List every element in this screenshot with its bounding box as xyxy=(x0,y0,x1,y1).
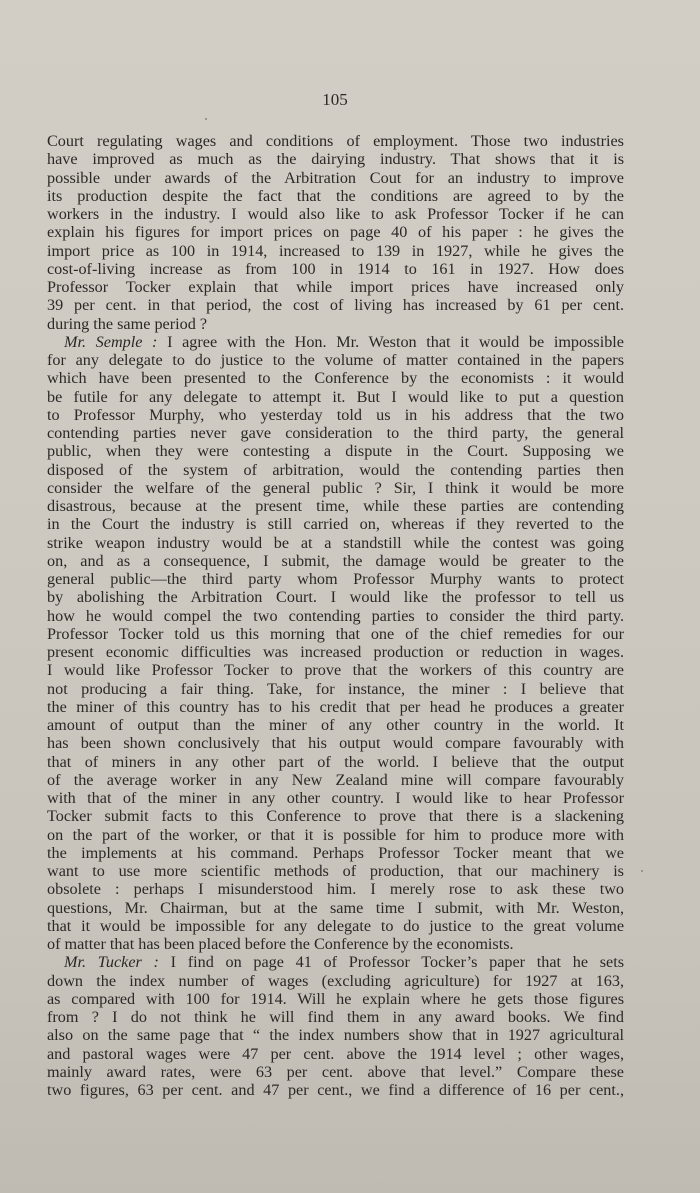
line-text: explain his figures for import prices on… xyxy=(47,223,624,241)
text-line: public, when they were contesting a disp… xyxy=(47,442,624,460)
text-line: Mr. Tucker : I find on page 41 of Profes… xyxy=(47,953,624,971)
text-line: questions, Mr. Chairman, but at the same… xyxy=(47,899,624,917)
line-text: has been shown conclusively that his out… xyxy=(47,734,624,752)
text-line: that it would be impossible for any dele… xyxy=(47,917,624,935)
text-line: contending parties never gave considerat… xyxy=(47,424,624,442)
text-line: the miner of this country has to his cre… xyxy=(47,698,624,716)
text-line: and pastoral wages were 47 per cent. abo… xyxy=(47,1045,624,1063)
line-text: I find on page 41 of Professor Tocker’s … xyxy=(159,953,624,971)
line-text: its production despite the fact that the… xyxy=(47,187,624,205)
text-line: disposed of the system of arbitration, w… xyxy=(47,461,624,479)
text-line: strike weapon industry would be at a sta… xyxy=(47,534,624,552)
text-line: Tocker submit facts to this Conference t… xyxy=(47,807,624,825)
line-text: disposed of the system of arbitration, w… xyxy=(47,461,624,479)
line-text: with that of the miner in any other coun… xyxy=(47,789,624,807)
line-text: have improved as much as the dairying in… xyxy=(47,150,624,168)
line-text: disastrous, because at the present time,… xyxy=(47,497,624,515)
line-text: and pastoral wages were 47 per cent. abo… xyxy=(47,1045,624,1063)
scanned-page: 105 Court regulating wages and condition… xyxy=(0,0,700,1193)
text-line: as compared with 100 for 1914. Will he e… xyxy=(47,990,624,1008)
line-text: the miner of this country has to his cre… xyxy=(47,698,624,716)
text-line: general public—the third party whom Prof… xyxy=(47,570,624,588)
line-text: for any delegate to do justice to the vo… xyxy=(47,351,624,369)
text-line: to Professor Murphy, who yesterday told … xyxy=(47,406,624,424)
line-text: to Professor Murphy, who yesterday told … xyxy=(47,406,624,424)
line-text: possible under awards of the Arbitration… xyxy=(47,169,624,187)
line-text: on the part of the worker, or that it is… xyxy=(47,826,624,844)
line-text: which have been presented to the Confere… xyxy=(47,369,624,387)
text-line: mainly award rates, were 63 per cent. ab… xyxy=(47,1063,624,1081)
line-text: that it would be impossible for any dele… xyxy=(47,917,624,935)
text-line: present economic difficulties was increa… xyxy=(47,643,624,661)
text-line: disastrous, because at the present time,… xyxy=(47,497,624,515)
line-text: be futile for any delegate to attempt it… xyxy=(47,388,624,406)
line-text: from ? I do not think he will find them … xyxy=(47,1008,624,1026)
scan-speck xyxy=(641,870,643,872)
text-line: from ? I do not think he will find them … xyxy=(47,1008,624,1026)
line-text: want to use more scientific methods of p… xyxy=(47,862,624,880)
text-line: Professor Tocker told us this morning th… xyxy=(47,625,624,643)
line-text: by abolishing the Arbitration Court. I w… xyxy=(47,588,624,606)
text-line: Mr. Semple : I agree with the Hon. Mr. W… xyxy=(47,333,624,351)
line-text: down the index number of wages (excludin… xyxy=(47,972,624,990)
line-text: workers in the industry. I would also li… xyxy=(47,205,624,223)
text-line: how he would compel the two contending p… xyxy=(47,607,624,625)
text-line: workers in the industry. I would also li… xyxy=(47,205,624,223)
text-line: its production despite the fact that the… xyxy=(47,187,624,205)
line-text: questions, Mr. Chairman, but at the same… xyxy=(47,899,624,917)
text-line: I would like Professor Tocker to prove t… xyxy=(47,661,624,679)
text-line: for any delegate to do justice to the vo… xyxy=(47,351,624,369)
line-text: Tocker submit facts to this Conference t… xyxy=(47,807,624,825)
text-line: on, and as a consequence, I submit, the … xyxy=(47,552,624,570)
text-line: possible under awards of the Arbitration… xyxy=(47,169,624,187)
line-text: public, when they were contesting a disp… xyxy=(47,442,624,460)
text-line: 39 per cent. in that period, the cost of… xyxy=(47,296,624,314)
body-text: Court regulating wages and conditions of… xyxy=(47,132,624,1099)
line-text: as compared with 100 for 1914. Will he e… xyxy=(47,990,624,1008)
text-line: in the Court the industry is still carri… xyxy=(47,515,624,533)
text-line: on the part of the worker, or that it is… xyxy=(47,826,624,844)
text-line: with that of the miner in any other coun… xyxy=(47,789,624,807)
text-line: two figures, 63 per cent. and 47 per cen… xyxy=(47,1081,624,1099)
text-line: import price as 100 in 1914, increased t… xyxy=(47,242,624,260)
text-line: amount of output than the miner of any o… xyxy=(47,716,624,734)
text-line: has been shown conclusively that his out… xyxy=(47,734,624,752)
line-text: on, and as a consequence, I submit, the … xyxy=(47,552,624,570)
text-line: consider the welfare of the general publ… xyxy=(47,479,624,497)
line-text: obsolete : perhaps I misunderstood him. … xyxy=(47,880,624,898)
text-line: the implements at his command. Perhaps P… xyxy=(47,844,624,862)
text-line: by abolishing the Arbitration Court. I w… xyxy=(47,588,624,606)
line-text: Professor Tocker told us this morning th… xyxy=(47,625,624,643)
line-text: during the same period ? xyxy=(47,315,207,333)
text-line: which have been presented to the Confere… xyxy=(47,369,624,387)
line-text: general public—the third party whom Prof… xyxy=(47,570,624,588)
line-text: the implements at his command. Perhaps P… xyxy=(47,844,624,862)
text-line: of the average worker in any New Zealand… xyxy=(47,771,624,789)
line-text: how he would compel the two contending p… xyxy=(47,607,624,625)
line-text: present economic difficulties was increa… xyxy=(47,643,624,661)
text-line: cost-of-living increase as from 100 in 1… xyxy=(47,260,624,278)
line-text: two figures, 63 per cent. and 47 per cen… xyxy=(47,1081,624,1099)
text-line: be futile for any delegate to attempt it… xyxy=(47,388,624,406)
line-text: Court regulating wages and conditions of… xyxy=(47,132,624,150)
line-text: amount of output than the miner of any o… xyxy=(47,716,624,734)
speaker-name: Mr. Tucker : xyxy=(64,953,159,971)
line-text: consider the welfare of the general publ… xyxy=(47,479,624,497)
text-line: obsolete : perhaps I misunderstood him. … xyxy=(47,880,624,898)
text-line: that of miners in any other part of the … xyxy=(47,753,624,771)
text-line: Court regulating wages and conditions of… xyxy=(47,132,624,150)
line-text: of matter that has been placed before th… xyxy=(47,935,514,953)
line-text: not producing a fair thing. Take, for in… xyxy=(47,680,624,698)
line-text: of the average worker in any New Zealand… xyxy=(47,771,624,789)
line-text: that of miners in any other part of the … xyxy=(47,753,624,771)
text-line: explain his figures for import prices on… xyxy=(47,223,624,241)
line-text: 39 per cent. in that period, the cost of… xyxy=(47,296,624,314)
line-text: Professor Tocker explain that while impo… xyxy=(47,278,624,296)
scan-speck xyxy=(205,118,207,120)
line-text: mainly award rates, were 63 per cent. ab… xyxy=(47,1063,624,1081)
line-text: import price as 100 in 1914, increased t… xyxy=(47,242,624,260)
line-text: strike weapon industry would be at a sta… xyxy=(47,534,624,552)
text-line: not producing a fair thing. Take, for in… xyxy=(47,680,624,698)
text-line: want to use more scientific methods of p… xyxy=(47,862,624,880)
line-text: I agree with the Hon. Mr. Weston that it… xyxy=(157,333,624,351)
line-text: in the Court the industry is still carri… xyxy=(47,515,624,533)
line-text: cost-of-living increase as from 100 in 1… xyxy=(47,260,624,278)
text-line: down the index number of wages (excludin… xyxy=(47,972,624,990)
line-text: contending parties never gave considerat… xyxy=(47,424,624,442)
text-line: have improved as much as the dairying in… xyxy=(47,150,624,168)
speaker-name: Mr. Semple : xyxy=(64,333,157,351)
text-line: Professor Tocker explain that while impo… xyxy=(47,278,624,296)
text-line: also on the same page that “ the index n… xyxy=(47,1026,624,1044)
text-line: during the same period ? xyxy=(47,315,624,333)
line-text: also on the same page that “ the index n… xyxy=(47,1026,624,1044)
text-line: of matter that has been placed before th… xyxy=(47,935,624,953)
line-text: I would like Professor Tocker to prove t… xyxy=(47,661,624,679)
page-number: 105 xyxy=(0,90,670,110)
